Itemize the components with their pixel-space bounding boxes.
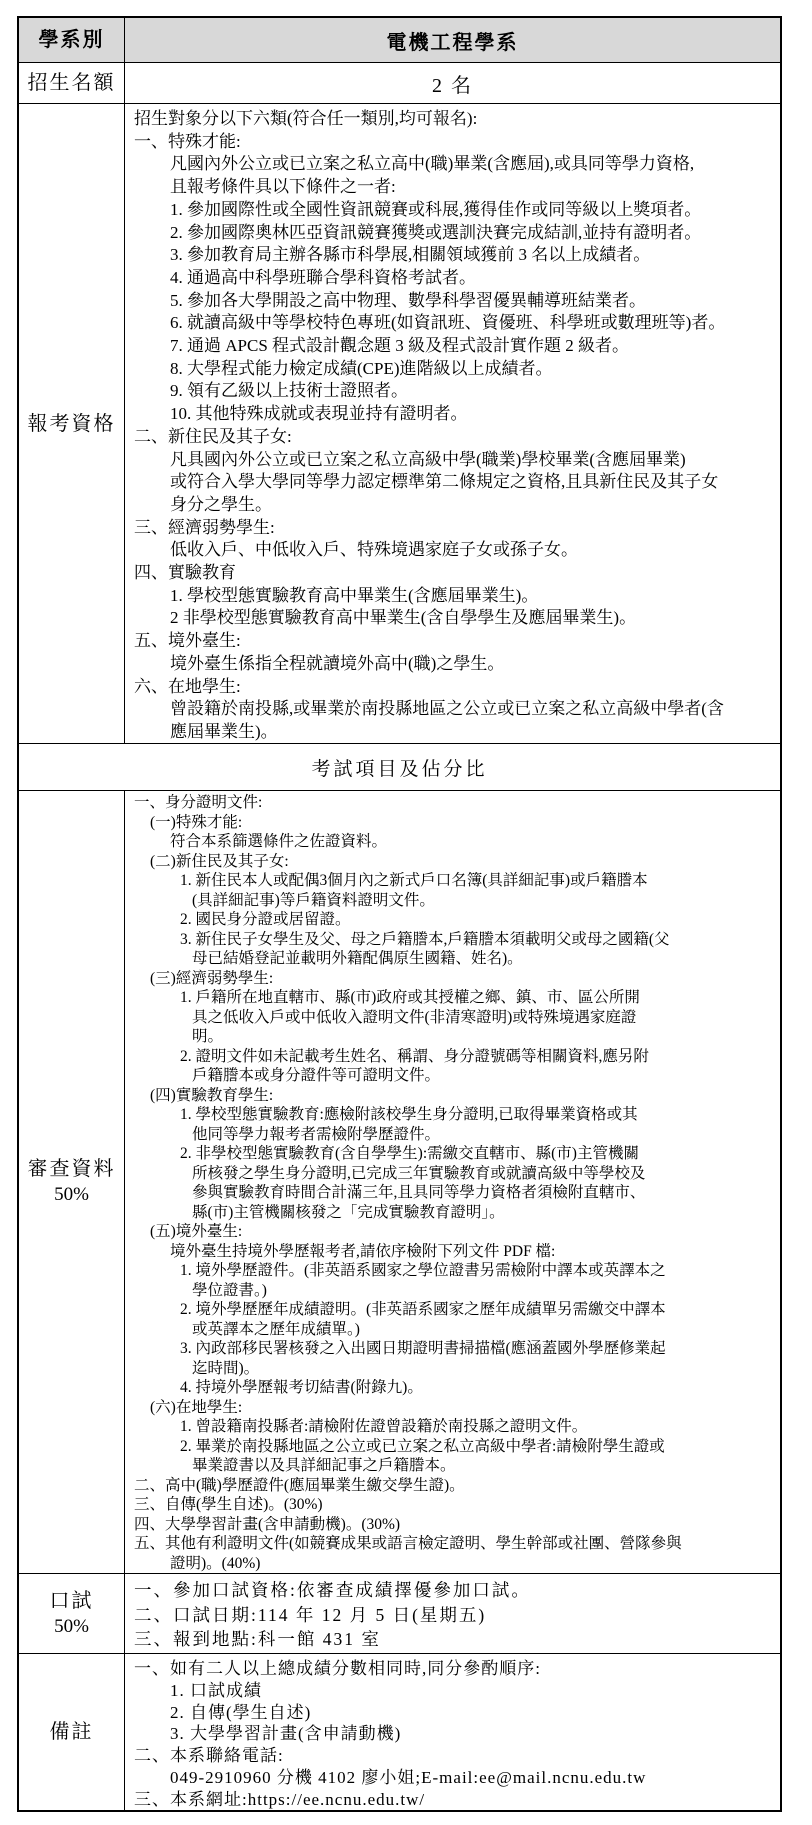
text-line: 三、經濟弱勢學生: [134, 517, 776, 540]
row-label-text: 審查資料 [28, 1156, 116, 1182]
text-line: 6. 就讀高級中等學校特色專班(如資訊班、資優班、科學班或數理班等)者。 [134, 312, 776, 335]
text-line: 1. 學校型態實驗教育高中畢業生(含應屆畢業生)。 [134, 585, 776, 608]
text-line: 7. 通過 APCS 程式設計觀念題 3 級及程式設計實作題 2 級者。 [134, 335, 776, 358]
text-line: 四、大學學習計畫(含申請動機)。(30%) [134, 1515, 776, 1535]
text-line: 應屆畢業生)。 [134, 721, 776, 743]
text-line: 1. 戶籍所在地直轄市、縣(市)政府或其授權之鄉、鎮、市、區公所開 [134, 988, 776, 1008]
text-line: 一、如有二人以上總成績分數相同時,同分參酌順序: [134, 1658, 776, 1680]
row-content: 2 名 [125, 63, 780, 103]
text-block: 一、如有二人以上總成績分數相同時,同分參酌順序:1. 口試成績2. 自傳(學生自… [125, 1654, 780, 1810]
text-line: 2. 自傳(學生自述) [134, 1702, 776, 1724]
text-line: 1. 口試成績 [134, 1680, 776, 1702]
table-row: 學系別電機工程學系 [19, 18, 780, 62]
row-label: 學系別 [19, 18, 125, 62]
text-line: 2. 證明文件如未記載考生姓名、稱謂、身分證號碼等相關資料,應另附 [134, 1047, 776, 1067]
text-line: 1. 新住民本人或配偶3個月內之新式戶口名簿(具詳細記事)或戶籍謄本 [134, 871, 776, 891]
text-line: 學位證書。) [134, 1281, 776, 1301]
text-line: (六)在地學生: [134, 1398, 776, 1418]
page: { "colors": { "header_bg": "#d8d8d8", "b… [0, 0, 812, 1825]
text-line: 或符合入學大學同等學力認定標準第二條規定之資格,且具新住民及其子女 [134, 471, 776, 494]
text-block: 招生對象分以下六類(符合任一類別,均可報名):一、特殊才能:凡國內外公立或已立案… [125, 104, 780, 743]
text-line: 二、新住民及其子女: [134, 426, 776, 449]
text-line: (五)境外臺生: [134, 1222, 776, 1242]
text-line: 縣(市)主管機關核發之「完成實驗教育證明」。 [134, 1203, 776, 1223]
row-label-percent: 50% [54, 1614, 89, 1640]
text-line: 所核發之學生身分證明,已完成三年實驗教育或就讀高級中等學校及 [134, 1164, 776, 1184]
text-line: (一)特殊才能: [134, 813, 776, 833]
row-label: 審查資料50% [19, 791, 125, 1573]
text-line: 六、在地學生: [134, 676, 776, 699]
row-label: 口試50% [19, 1574, 125, 1653]
text-line: 1. 學校型態實驗教育:應檢附該校學生身分證明,已取得畢業資格或其 [134, 1105, 776, 1125]
row-label: 招生名額 [19, 63, 125, 103]
row-label-text: 招生名額 [28, 70, 116, 96]
text-line: 境外臺生持境外學歷報考者,請依序檢附下列文件 PDF 檔: [134, 1242, 776, 1262]
text-line: 1. 參加國際性或全國性資訊競賽或科展,獲得佳作或同等級以上獎項者。 [134, 199, 776, 222]
text-line: 四、實驗教育 [134, 562, 776, 585]
text-line: 畢業證書以及具詳細記事之戶籍謄本。 [134, 1456, 776, 1476]
text-line: 具之低收入戶或中低收入證明文件(非清寒證明)或特殊境遇家庭證 [134, 1008, 776, 1028]
text-line: 4. 持境外學歷報考切結書(附錄九)。 [134, 1378, 776, 1398]
text-line: 且報考條件具以下條件之一者: [134, 176, 776, 199]
text-line: 一、身分證明文件: [134, 793, 776, 813]
table-row: 審查資料50%一、身分證明文件:(一)特殊才能:符合本系篩選條件之佐證資料。(二… [19, 790, 780, 1573]
text-line: 凡具國內外公立或已立案之私立高級中學(職業)學校畢業(含應屆畢業) [134, 449, 776, 472]
row-label-percent: 50% [54, 1182, 89, 1208]
row-label-text: 口試 [50, 1588, 94, 1614]
doc-table: 學系別電機工程學系招生名額2 名報考資格招生對象分以下六類(符合任一類別,均可報… [17, 16, 782, 1812]
text-line: 二、本系聯絡電話: [134, 1745, 776, 1767]
text-line: 三、自傳(學生自述)。(30%) [134, 1495, 776, 1515]
text-line: 一、特殊才能: [134, 131, 776, 154]
text-line: 戶籍謄本或身分證件等可證明文件。 [134, 1066, 776, 1086]
text-line: 五、其他有利證明文件(如競賽成果或語言檢定證明、學生幹部或社團、營隊參與 [134, 1534, 776, 1554]
text-line: 二、口試日期:114 年 12 月 5 日(星期五) [134, 1603, 776, 1628]
text-line: 招生對象分以下六類(符合任一類別,均可報名): [134, 108, 776, 131]
text-line: 低收入戶、中低收入戶、特殊境遇家庭子女或孫子女。 [134, 539, 776, 562]
text-line: 境外臺生係指全程就讀境外高中(職)之學生。 [134, 653, 776, 676]
text-line: 他同等學力報考者需檢附學歷證件。 [134, 1125, 776, 1145]
text-line: 2. 國民身分證或居留證。 [134, 910, 776, 930]
text-block: 一、參加口試資格:依審查成績擇優參加口試。二、口試日期:114 年 12 月 5… [125, 1574, 780, 1652]
row-label-text: 學系別 [39, 27, 105, 53]
table-row: 報考資格招生對象分以下六類(符合任一類別,均可報名):一、特殊才能:凡國內外公立… [19, 103, 780, 743]
text-line: 2. 境外學歷歷年成績證明。(非英語系國家之歷年成績單另需繳交中譯本 [134, 1300, 776, 1320]
text-line: 曾設籍於南投縣,或畢業於南投縣地區之公立或已立案之私立高級中學者(含 [134, 698, 776, 721]
text-line: 3. 內政部移民署核發之入出國日期證明書掃描檔(應涵蓋國外學歷修業起 [134, 1339, 776, 1359]
text-line: 4. 通過高中科學班聯合學科資格考試者。 [134, 267, 776, 290]
text-line: (具詳細記事)等戶籍資料證明文件。 [134, 891, 776, 911]
row-label-text: 備註 [50, 1719, 94, 1745]
text-line: 2. 非學校型態實驗教育(含自學學生):需繳交直轄市、縣(市)主管機關 [134, 1144, 776, 1164]
text-line: 一、參加口試資格:依審查成績擇優參加口試。 [134, 1578, 776, 1603]
text-line: 凡國內外公立或已立案之私立高中(職)畢業(含應屆),或具同等學力資格, [134, 153, 776, 176]
text-line: 參與實驗教育時間合計滿三年,且具同等學力資格者須檢附直轄市、 [134, 1183, 776, 1203]
text-line: (二)新住民及其子女: [134, 852, 776, 872]
row-content: 一、如有二人以上總成績分數相同時,同分參酌順序:1. 口試成績2. 自傳(學生自… [125, 1654, 780, 1810]
text-line: 五、境外臺生: [134, 630, 776, 653]
section-header: 考試項目及佔分比 [19, 744, 780, 790]
table-row: 備註一、如有二人以上總成績分數相同時,同分參酌順序:1. 口試成績2. 自傳(學… [19, 1653, 780, 1810]
text-line: 明。 [134, 1027, 776, 1047]
text-line: 5. 參加各大學開設之高中物理、數學科學習優異輔導班結業者。 [134, 290, 776, 313]
text-line: 符合本系篩選條件之佐證資料。 [134, 832, 776, 852]
row-label: 備註 [19, 1654, 125, 1810]
text-line: 身分之學生。 [134, 494, 776, 517]
text-line: 3. 大學學習計畫(含申請動機) [134, 1723, 776, 1745]
row-content: 一、身分證明文件:(一)特殊才能:符合本系篩選條件之佐證資料。(二)新住民及其子… [125, 791, 780, 1573]
text-line: 證明)。(40%) [134, 1554, 776, 1574]
text-line: 1. 曾設籍南投縣者:請檢附佐證曾設籍於南投縣之證明文件。 [134, 1417, 776, 1437]
text-line: 母已結婚登記並載明外籍配偶原生國籍、姓名)。 [134, 949, 776, 969]
text-line: (四)實驗教育學生: [134, 1086, 776, 1106]
text-line: 迄時間)。 [134, 1359, 776, 1379]
table-row: 招生名額2 名 [19, 62, 780, 103]
text-line: 二、高中(職)學歷證件(應屆畢業生繳交學生證)。 [134, 1476, 776, 1496]
table-row: 考試項目及佔分比 [19, 743, 780, 790]
row-label: 報考資格 [19, 104, 125, 743]
text-line: 2. 畢業於南投縣地區之公立或已立案之私立高級中學者:請檢附學生證或 [134, 1437, 776, 1457]
text-line: 2. 參加國際奧林匹亞資訊競賽獲獎或選訓決賽完成結訓,並持有證明者。 [134, 222, 776, 245]
text-line: 3. 參加教育局主辦各縣市科學展,相關領域獲前 3 名以上成績者。 [134, 244, 776, 267]
text-line: 三、本系網址:https://ee.ncnu.edu.tw/ [134, 1789, 776, 1810]
row-content: 一、參加口試資格:依審查成績擇優參加口試。二、口試日期:114 年 12 月 5… [125, 1574, 780, 1653]
text-block: 一、身分證明文件:(一)特殊才能:符合本系篩選條件之佐證資料。(二)新住民及其子… [125, 791, 780, 1573]
text-line: 049-2910960 分機 4102 廖小姐;E-mail:ee@mail.n… [134, 1767, 776, 1789]
row-content: 電機工程學系 [125, 18, 780, 62]
text-line: 3. 新住民子女學生及父、母之戶籍謄本,戶籍謄本須載明父或母之國籍(父 [134, 930, 776, 950]
row-label-text: 報考資格 [28, 411, 116, 437]
row-content: 招生對象分以下六類(符合任一類別,均可報名):一、特殊才能:凡國內外公立或已立案… [125, 104, 780, 743]
text-line: 2 非學校型態實驗教育高中畢業生(含自學學生及應屆畢業生)。 [134, 607, 776, 630]
text-line: 8. 大學程式能力檢定成績(CPE)進階級以上成績者。 [134, 358, 776, 381]
text-line: (三)經濟弱勢學生: [134, 969, 776, 989]
text-line: 或英譯本之歷年成績單。) [134, 1320, 776, 1340]
table-row: 口試50%一、參加口試資格:依審查成績擇優參加口試。二、口試日期:114 年 1… [19, 1573, 780, 1653]
text-line: 三、報到地點:科一館 431 室 [134, 1627, 776, 1652]
text-line: 10. 其他特殊成就或表現並持有證明者。 [134, 403, 776, 426]
text-line: 9. 領有乙級以上技術士證照者。 [134, 380, 776, 403]
text-line: 1. 境外學歷證件。(非英語系國家之學位證書另需檢附中譯本或英譯本之 [134, 1261, 776, 1281]
